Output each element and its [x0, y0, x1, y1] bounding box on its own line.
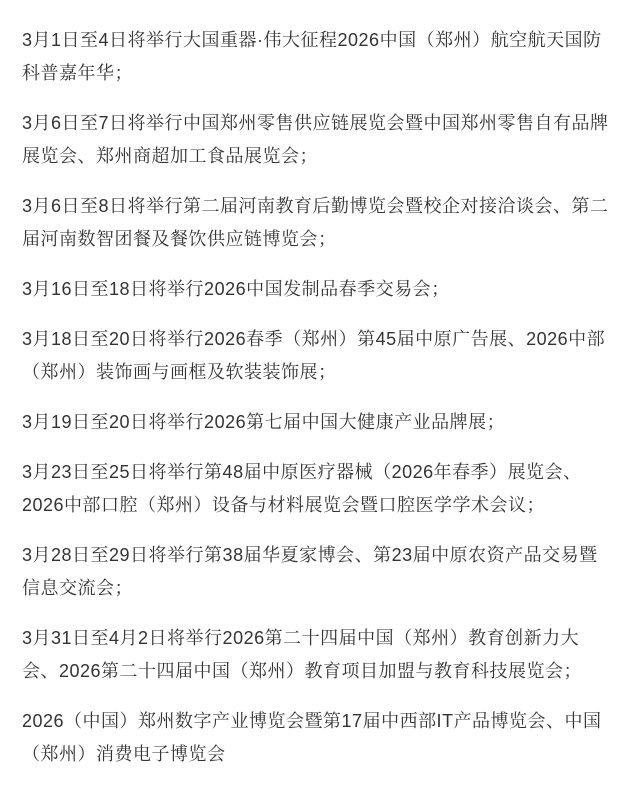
event-list-article: 3月1日至4日将举行大国重器·伟大征程2026中国（郑州）航空航天国防科普嘉年华… [22, 24, 613, 771]
article-page: 3月1日至4日将举行大国重器·伟大征程2026中国（郑州）航空航天国防科普嘉年华… [0, 0, 637, 793]
paragraph-event-3: 3月6日至8日将举行第二届河南教育后勤博览会暨校企对接洽谈会、第二届河南数智团餐… [22, 190, 613, 256]
paragraph-event-1: 3月1日至4日将举行大国重器·伟大征程2026中国（郑州）航空航天国防科普嘉年华… [22, 24, 613, 90]
paragraph-event-6: 3月19日至20日将举行2026第七届中国大健康产业品牌展； [22, 406, 613, 439]
paragraph-event-7: 3月23日至25日将举行第48届中原医疗器械（2026年春季）展览会、2026中… [22, 456, 613, 522]
paragraph-event-5: 3月18日至20日将举行2026春季（郑州）第45届中原广告展、2026中部（郑… [22, 323, 613, 389]
paragraph-event-10: 2026（中国）郑州数字产业博览会暨第17届中西部IT产品博览会、中国（郑州）消… [22, 705, 613, 771]
paragraph-event-9: 3月31日至4月2日将举行2026第二十四届中国（郑州）教育创新力大会、2026… [22, 622, 613, 688]
paragraph-event-8: 3月28日至29日将举行第38届华夏家博会、第23届中原农资产品交易暨信息交流会… [22, 539, 613, 605]
paragraph-event-2: 3月6日至7日将举行中国郑州零售供应链展览会暨中国郑州零售自有品牌展览会、郑州商… [22, 107, 613, 173]
paragraph-event-4: 3月16日至18日将举行2026中国发制品春季交易会； [22, 273, 613, 306]
